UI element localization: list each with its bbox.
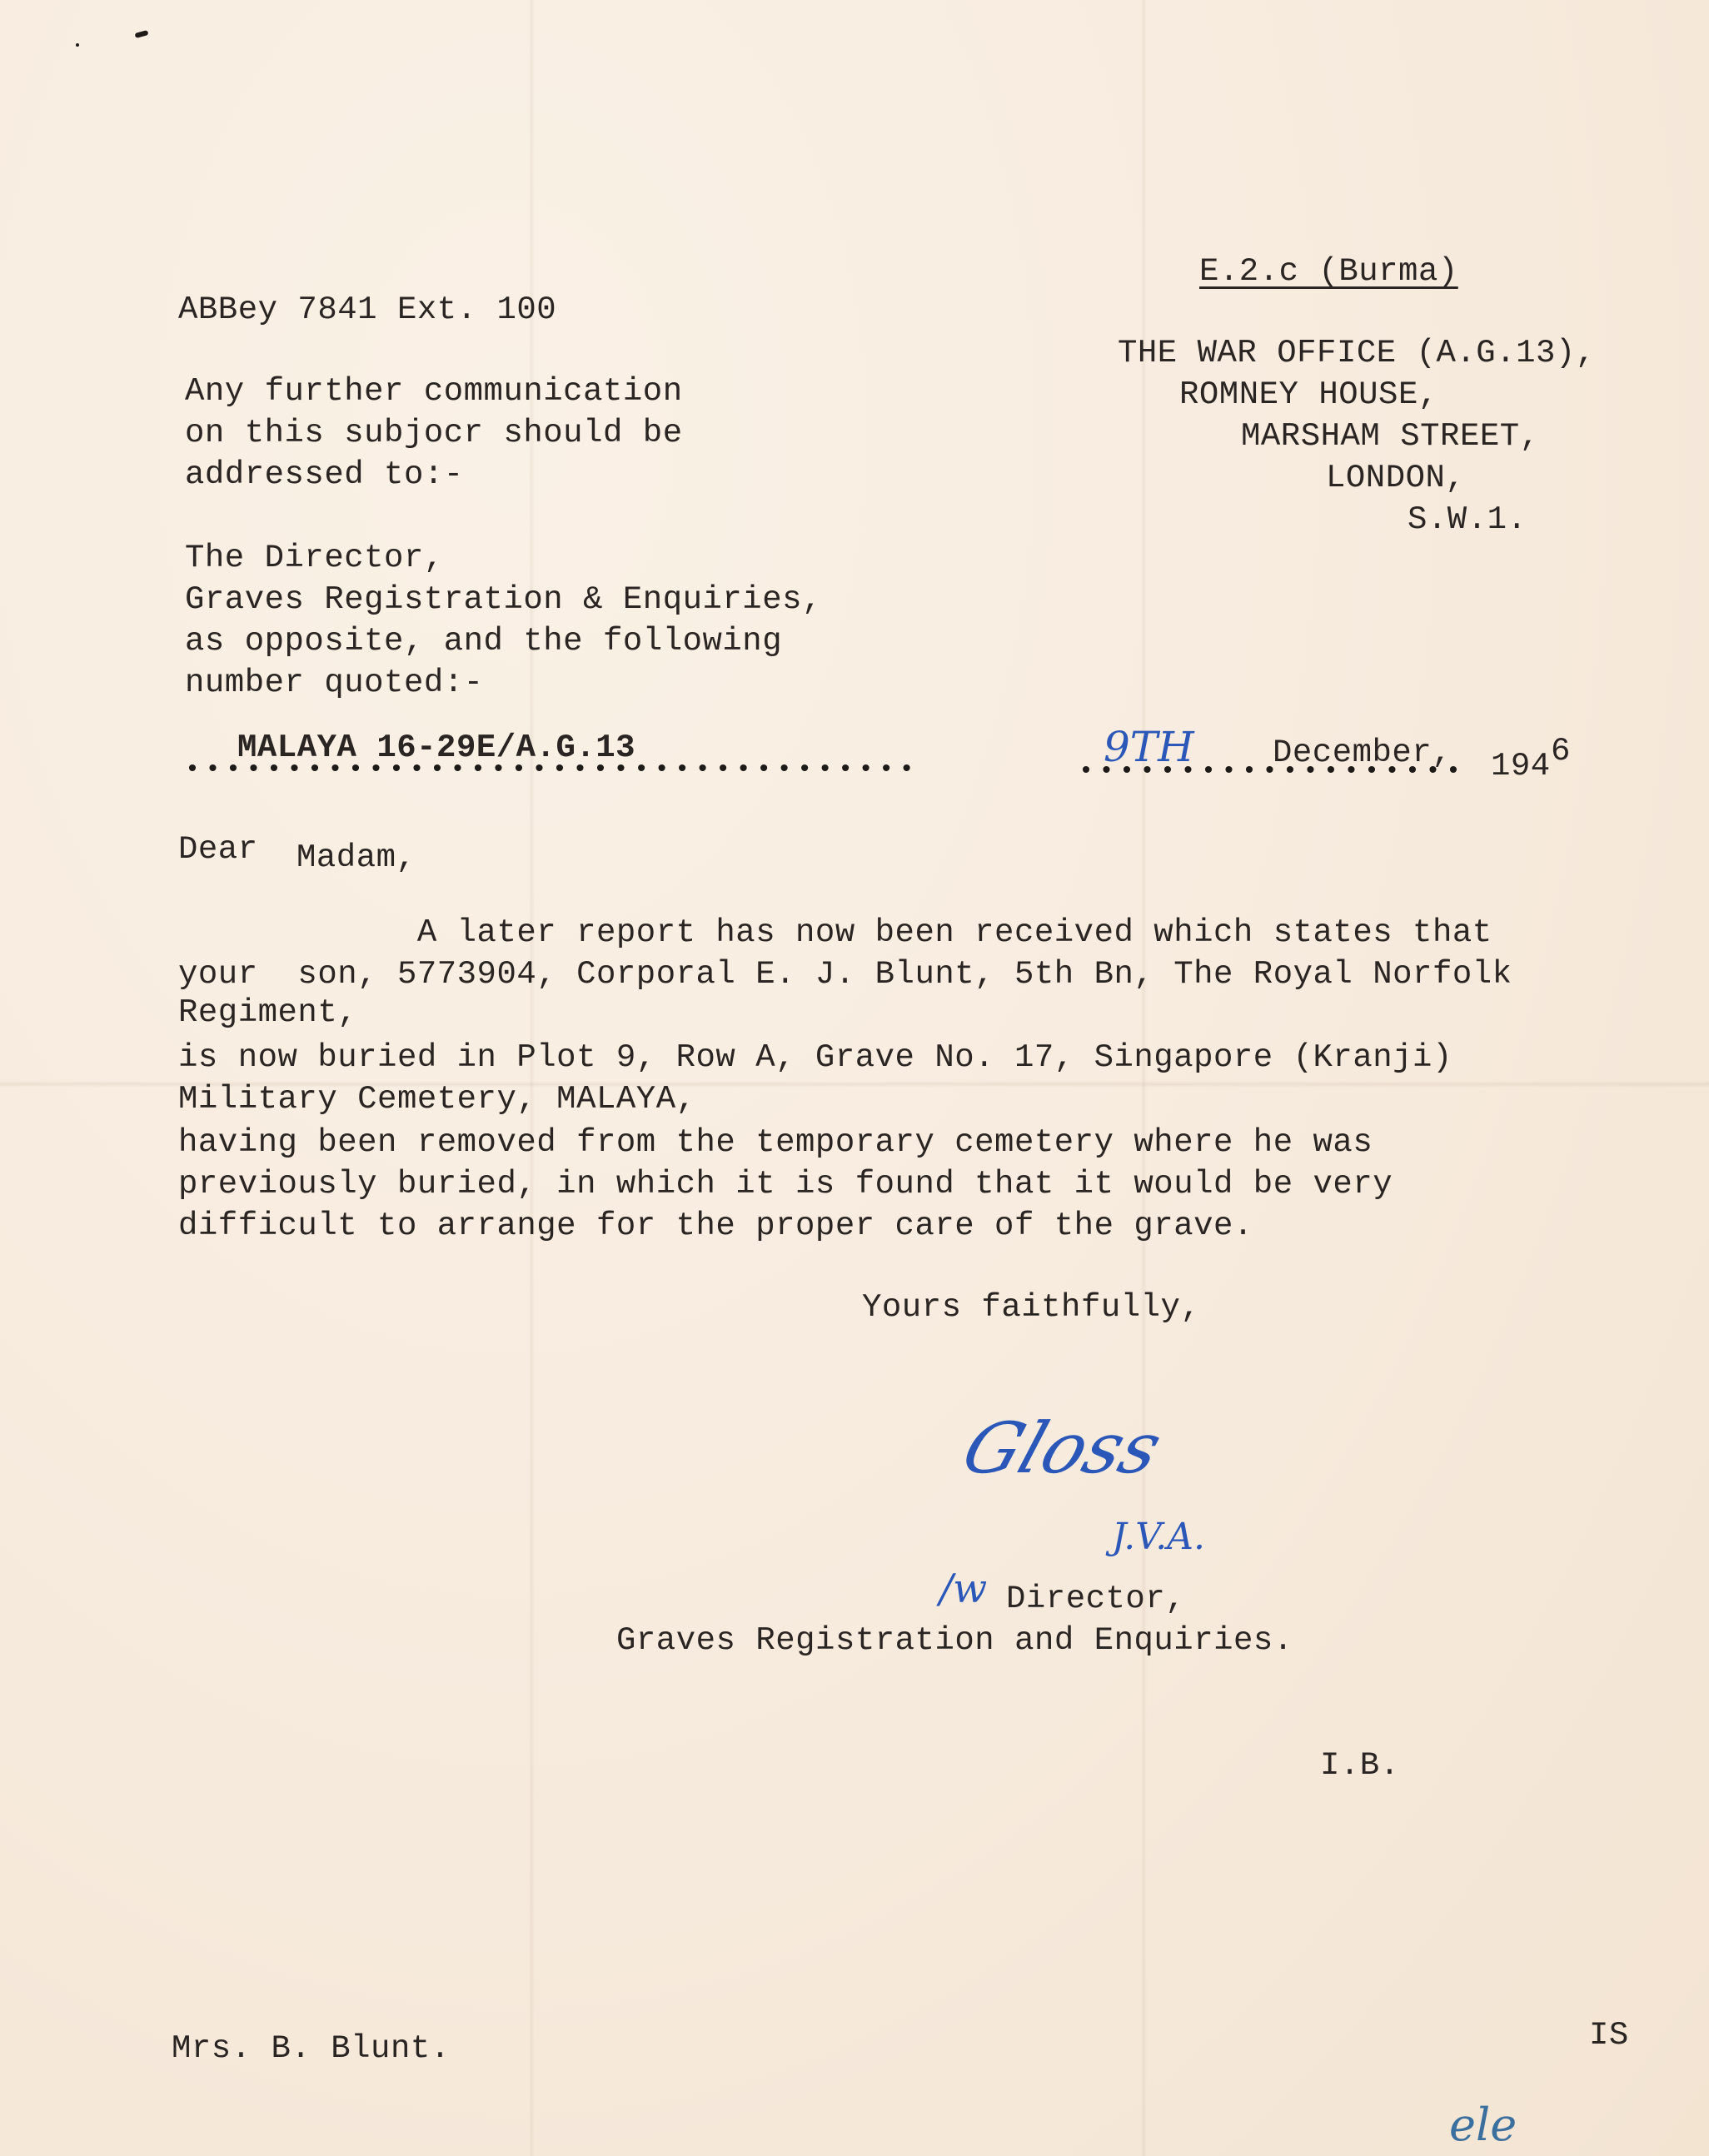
addressee-line-1: The Director, bbox=[185, 538, 444, 579]
letter-page: { "letterhead": { "telephone": "ABBey 78… bbox=[0, 0, 1709, 2156]
typist-initials: I.B. bbox=[1320, 1745, 1400, 1786]
addressee-line-2: Graves Registration & Enquiries, bbox=[185, 580, 822, 620]
recipient-name: Mrs. B. Blunt. bbox=[172, 2029, 451, 2069]
signature-initials: J.V.A. bbox=[1112, 1516, 1205, 1558]
signatory-department: Graves Registration and Enquiries. bbox=[616, 1621, 1293, 1661]
instruction-line-1: Any further communication bbox=[185, 371, 683, 412]
body-line-7: previously buried, in which it is found … bbox=[178, 1164, 1393, 1205]
corner-mark: IS bbox=[1589, 2015, 1629, 2056]
salutation-dear: Dear bbox=[178, 829, 258, 870]
body-line-1: A later report has now been received whi… bbox=[178, 913, 1492, 954]
valediction: Yours faithfully, bbox=[862, 1287, 1200, 1328]
address-line-5: S.W.1. bbox=[1408, 500, 1527, 540]
signature: Gloss bbox=[953, 1407, 1172, 1489]
addressee-line-4: number quoted:- bbox=[185, 663, 484, 704]
instruction-line-3: addressed to:- bbox=[185, 455, 464, 495]
salutation-name: Madam, bbox=[296, 838, 416, 879]
address-line-1: THE WAR OFFICE (A.G.13), bbox=[1118, 333, 1596, 374]
reference-code: E.2.c (Burma) bbox=[1199, 251, 1458, 292]
reference-dotted-line: •••••••••••••••••••••••••••••••••••• bbox=[185, 756, 919, 784]
date-month: December, bbox=[1273, 733, 1452, 774]
signatory-title: Director, bbox=[1006, 1579, 1185, 1620]
body-line-5: Military Cemetery, MALAYA, bbox=[178, 1079, 696, 1120]
body-line-6: having been removed from the temporary c… bbox=[178, 1123, 1373, 1163]
ink-mark bbox=[134, 30, 148, 38]
date-year: 194 bbox=[1491, 746, 1551, 787]
bottom-handwritten-mark: ele bbox=[1449, 2099, 1517, 2151]
addressee-line-3: as opposite, and the following bbox=[185, 621, 782, 662]
address-line-2: ROMNEY HOUSE, bbox=[1179, 375, 1438, 416]
telephone-line: ABBey 7841 Ext. 100 bbox=[178, 290, 556, 331]
per-prefix: /w bbox=[939, 1566, 987, 1612]
body-line-2: your son, 5773904, Corporal E. J. Blunt,… bbox=[178, 954, 1512, 995]
address-line-3: MARSHAM STREET, bbox=[1241, 416, 1540, 457]
body-line-4: is now buried in Plot 9, Row A, Grave No… bbox=[178, 1038, 1452, 1078]
ink-speck bbox=[76, 43, 79, 47]
instruction-line-2: on this subjocr should be bbox=[185, 413, 683, 454]
body-line-8: difficult to arrange for the proper care… bbox=[178, 1206, 1253, 1247]
date-year-digit: 6 bbox=[1551, 731, 1571, 772]
address-line-4: LONDON, bbox=[1326, 458, 1465, 499]
body-line-3: Regiment, bbox=[178, 993, 357, 1033]
